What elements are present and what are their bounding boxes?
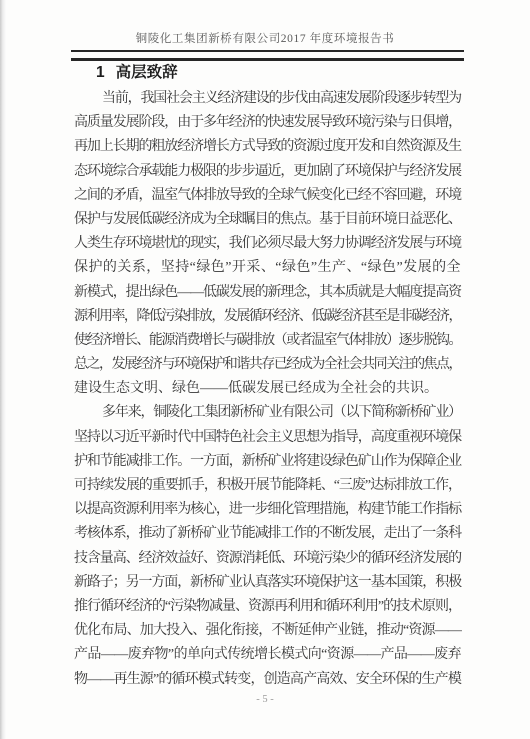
text-line: 之间的矛盾，温室气体排放导致的全球气候变化已经不容回避，环境: [74, 184, 461, 208]
text-line: 当前，我国社会主义经济建设的步伐由高速发展阶段逐步转型为: [74, 87, 461, 111]
text-line: 源利用率，降低污染排放，发展循环经济、低碳经济甚至是非碳经济，: [74, 305, 461, 329]
text-line: 以提高资源利用率为核心，进一步细化管理措施，构建节能工作指标: [74, 498, 461, 522]
text-line: 高质量发展阶段，由于多年经济的快速发展导致环境污染与日俱增，: [74, 111, 461, 135]
page-number: - 5 -: [0, 694, 530, 705]
text-line: 人类生存环境堪忧的现实，我们必须尽最大努力协调经济发展与环境: [74, 232, 461, 256]
text-line: 新路子；另一方面，新桥矿业认真落实环境保护这一基本国策，积极: [74, 571, 461, 595]
page-edge-shadow: [0, 0, 6, 739]
document-body: 当前，我国社会主义经济建设的步伐由高速发展阶段逐步转型为高质量发展阶段，由于多年…: [74, 87, 461, 692]
text-line: 推行循环经济的“污染物减量、资源再利用和循环利用”的技术原则，: [74, 595, 461, 619]
text-line: 新模式，提出绿色——低碳发展的新理念，其本质就是大幅度提高资: [74, 281, 461, 305]
section-title: 高层致辞: [116, 64, 178, 81]
text-line: 保护与发展低碳经济成为全球瞩目的焦点。基于目前环境日益恶化、: [74, 208, 461, 232]
section-number: 1: [96, 64, 105, 81]
text-line: 再加上长期的粗放经济增长方式导致的资源过度开发和自然资源及生: [74, 135, 461, 159]
text-line: 可持续发展的重要抓手，积极开展节能降耗、“三废”达标排放工作，: [74, 474, 461, 498]
text-line: 优化布局、加大投入、强化衔接，不断延伸产业链，推动“资源——: [74, 619, 461, 643]
section-heading: 1高层致辞: [96, 60, 178, 82]
text-line: 建设生态文明、绿色——低碳发展已经成为全社会的共识。: [74, 377, 461, 401]
text-line: 保护的关系，坚持“绿色”开采、“绿色”生产、“绿色”发展的全: [74, 256, 461, 280]
text-line: 态环境综合承载能力极限的步步逼近，更加剧了环境保护与经济发展: [74, 160, 461, 184]
text-line: 使经济增长、能源消费增长与碳排放（或者温室气体排放）逐步脱钩。: [74, 329, 461, 353]
text-line: 总之，发展经济与环境保护和谐共存已经成为全社会共同关注的焦点，: [74, 353, 461, 377]
page-header-title: 铜陵化工集团新桥有限公司2017 年度环境报告书: [0, 30, 530, 46]
document-page: 铜陵化工集团新桥有限公司2017 年度环境报告书 1高层致辞 当前，我国社会主义…: [0, 0, 530, 739]
text-line: 护和节能减排工作。一方面，新桥矿业将建设绿色矿山作为保障企业: [74, 450, 461, 474]
text-line: 坚持以习近平新时代中国特色社会主义思想为指导，高度重视环境保: [74, 426, 461, 450]
text-line: 考核体系，推动了新桥矿业节能减排工作的不断发展，走出了一条科: [74, 522, 461, 546]
text-line: 物——再生源”的循环模式转变，创造高产高效、安全环保的生产模: [74, 668, 461, 692]
text-line: 技含量高、经济效益好、资源消耗低、环境污染少的循环经济发展的: [74, 547, 461, 571]
text-line: 产品——废弃物”的单向式传统增长模式向“资源——产品——废弃: [74, 643, 461, 667]
text-line: 多年来，铜陵化工集团新桥矿业有限公司（以下简称新桥矿业）: [74, 401, 461, 425]
